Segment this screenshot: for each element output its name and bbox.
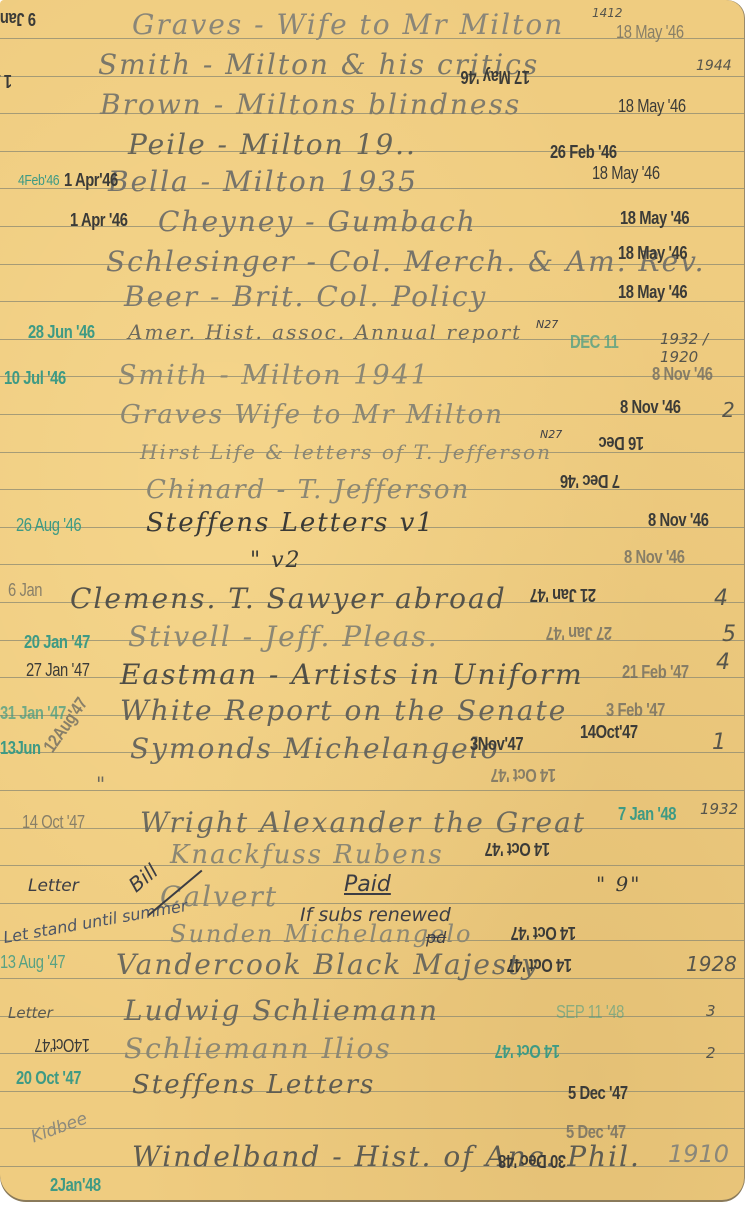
date-stamp: 14 Oct '47 [511, 922, 576, 943]
ruled-line [0, 790, 744, 791]
date-stamp: 7 Jan '48 [618, 804, 676, 825]
date-stamp: 14 Oct '47 [507, 954, 572, 975]
entry-title: " [96, 772, 107, 796]
entry-title: Clemens. T. Sawyer abroad [70, 582, 507, 615]
date-stamp: 16 Dec [599, 432, 644, 453]
ruled-line [0, 1128, 744, 1129]
entry-title: Vandercook Black Majesty [116, 948, 539, 981]
margin-note: 2 [706, 1044, 716, 1062]
margin-note: 1932 / 1920 [660, 330, 744, 366]
annotation-n27: N27 [536, 318, 558, 331]
entry-title: Graves Wife to Mr Milton [120, 400, 504, 430]
ditto-marks: " 9" [596, 872, 641, 896]
margin-note: 1928 [686, 952, 737, 976]
date-stamp: 26 Feb '46 [550, 142, 617, 163]
date-stamp: 14Oct'47 [35, 1034, 90, 1055]
entry-title: Wright Alexander the Great [140, 806, 586, 839]
date-stamp: 27 Jan '47 [546, 622, 612, 643]
date-stamp: 9 Jan '46 [0, 8, 36, 29]
date-stamp: 1 Apr '46 [0, 70, 12, 91]
date-stamp: 18 May '46 [618, 243, 687, 264]
margin-note: 3 [706, 1002, 716, 1020]
entry-title: Schlesinger - Col. Merch. & Am. Rev. [106, 245, 706, 278]
entry-title: Eastman - Artists in Uniform [120, 658, 584, 691]
date-stamp: 21 Jan '47 [530, 584, 596, 605]
annotation-paid: Paid [344, 872, 391, 897]
entry-title: Peile - Milton 19.. [128, 128, 417, 161]
margin-note: 4 [714, 586, 728, 611]
entry-title: Stivell - Jeff. Pleas. [128, 620, 439, 653]
entry-title: Bella - Milton 1935 [108, 165, 418, 198]
date-stamp: 14 Oct '47 [485, 838, 550, 859]
entry-title: Graves - Wife to Mr Milton [132, 8, 564, 41]
date-stamp: 5 Dec '47 [566, 1122, 626, 1143]
date-stamp: 27 Jan '47 [26, 660, 90, 681]
date-stamp: 8 Nov '46 [624, 547, 685, 568]
date-stamp: 6 Jan [8, 580, 42, 601]
entry-title: Schliemann Ilios [124, 1032, 392, 1065]
date-stamp: 5 Dec '47 [568, 1083, 628, 1104]
date-stamp: 14Oct'47 [580, 722, 638, 743]
entry-title: Amer. Hist. assoc. Annual report [128, 320, 522, 344]
annotation-pd: pd [426, 928, 446, 947]
date-stamp: 2Jan'48 [50, 1175, 101, 1196]
annotation-letter: Letter [28, 876, 79, 896]
date-stamp: 10 Jul '46 [4, 368, 66, 389]
margin-note: 1944 [696, 58, 732, 74]
date-stamp: 8 Nov '46 [620, 397, 681, 418]
date-stamp: 8 Nov '46 [648, 510, 709, 531]
entry-title: Symonds Michelangelo [130, 732, 500, 765]
date-stamp: 26 Aug '46 [16, 515, 81, 536]
date-stamp: 4Feb'46 [18, 172, 59, 189]
entry-title: Knackfuss Rubens [170, 840, 444, 870]
entry-title: Steffens Letters v1 [146, 508, 435, 538]
entry-title: Chinard - T. Jefferson [146, 475, 470, 505]
margin-note: 1412 [592, 6, 623, 20]
margin-note: 4 [716, 650, 730, 675]
date-stamp: 17 May '46 [461, 66, 530, 87]
date-stamp: 1 Apr '46 [70, 210, 128, 231]
library-card: Graves - Wife to Mr Milton Smith - Milto… [0, 0, 744, 1200]
date-stamp: 18 May '46 [616, 22, 684, 43]
date-stamp: 18 May '46 [592, 163, 660, 184]
date-stamp: 20 Jan '47 [24, 632, 90, 653]
entry-title: White Report on the Senate [120, 694, 567, 727]
annotation-letter: Letter [8, 1004, 53, 1022]
entry-title: Steffens Letters [132, 1070, 375, 1100]
date-stamp: 3 Feb '47 [606, 700, 665, 721]
date-stamp: 1 Apr'46 [64, 170, 118, 191]
entry-title: Cheyney - Gumbach [158, 205, 477, 238]
date-stamp: 8 Nov '46 [652, 364, 713, 385]
date-stamp: 20 Oct '47 [16, 1068, 81, 1089]
margin-note: 2 [722, 398, 735, 422]
date-stamp: 14 Oct '47 [22, 812, 85, 833]
annotation-n27: N27 [540, 428, 562, 441]
margin-note: 5 [722, 622, 736, 647]
entry-title: Brown - Miltons blindness [100, 88, 521, 121]
date-stamp: 18 May '46 [620, 208, 689, 229]
annotation-if-subs-renewed: If subs renewed [300, 904, 451, 926]
date-stamp: 30 Dec '48 [498, 1150, 566, 1171]
date-stamp: 28 Jun '46 [28, 322, 95, 343]
date-stamp: 13 Aug '47 [0, 952, 65, 973]
margin-note: 1 [712, 730, 726, 755]
date-stamp: 13Jun [0, 738, 41, 759]
date-stamp: 18 May '46 [618, 96, 686, 117]
annotation-kidbee: Kidbee [28, 1109, 90, 1148]
margin-note: 1932 [700, 800, 738, 818]
entry-title: " v2 [250, 548, 302, 573]
entry-title: Beer - Brit. Col. Policy [124, 280, 487, 313]
date-stamp: 14 Oct '47 [495, 1040, 560, 1061]
date-stamp: DEC 11 [570, 332, 618, 353]
entry-title: Ludwig Schliemann [124, 994, 439, 1027]
date-stamp: 14 Oct '47 [491, 764, 556, 785]
entry-title: Smith - Milton 1941 [118, 360, 430, 391]
date-stamp: 7 Dec '46 [560, 470, 620, 491]
margin-note: 1910 [668, 1140, 729, 1168]
date-stamp: 3Nov'47 [470, 734, 523, 755]
entry-title: Hirst Life & letters of T. Jefferson [140, 440, 552, 464]
date-stamp: 21 Feb '47 [622, 662, 689, 683]
date-stamp: SEP 11 '48 [556, 1002, 624, 1023]
date-stamp: 18 May '46 [618, 282, 687, 303]
